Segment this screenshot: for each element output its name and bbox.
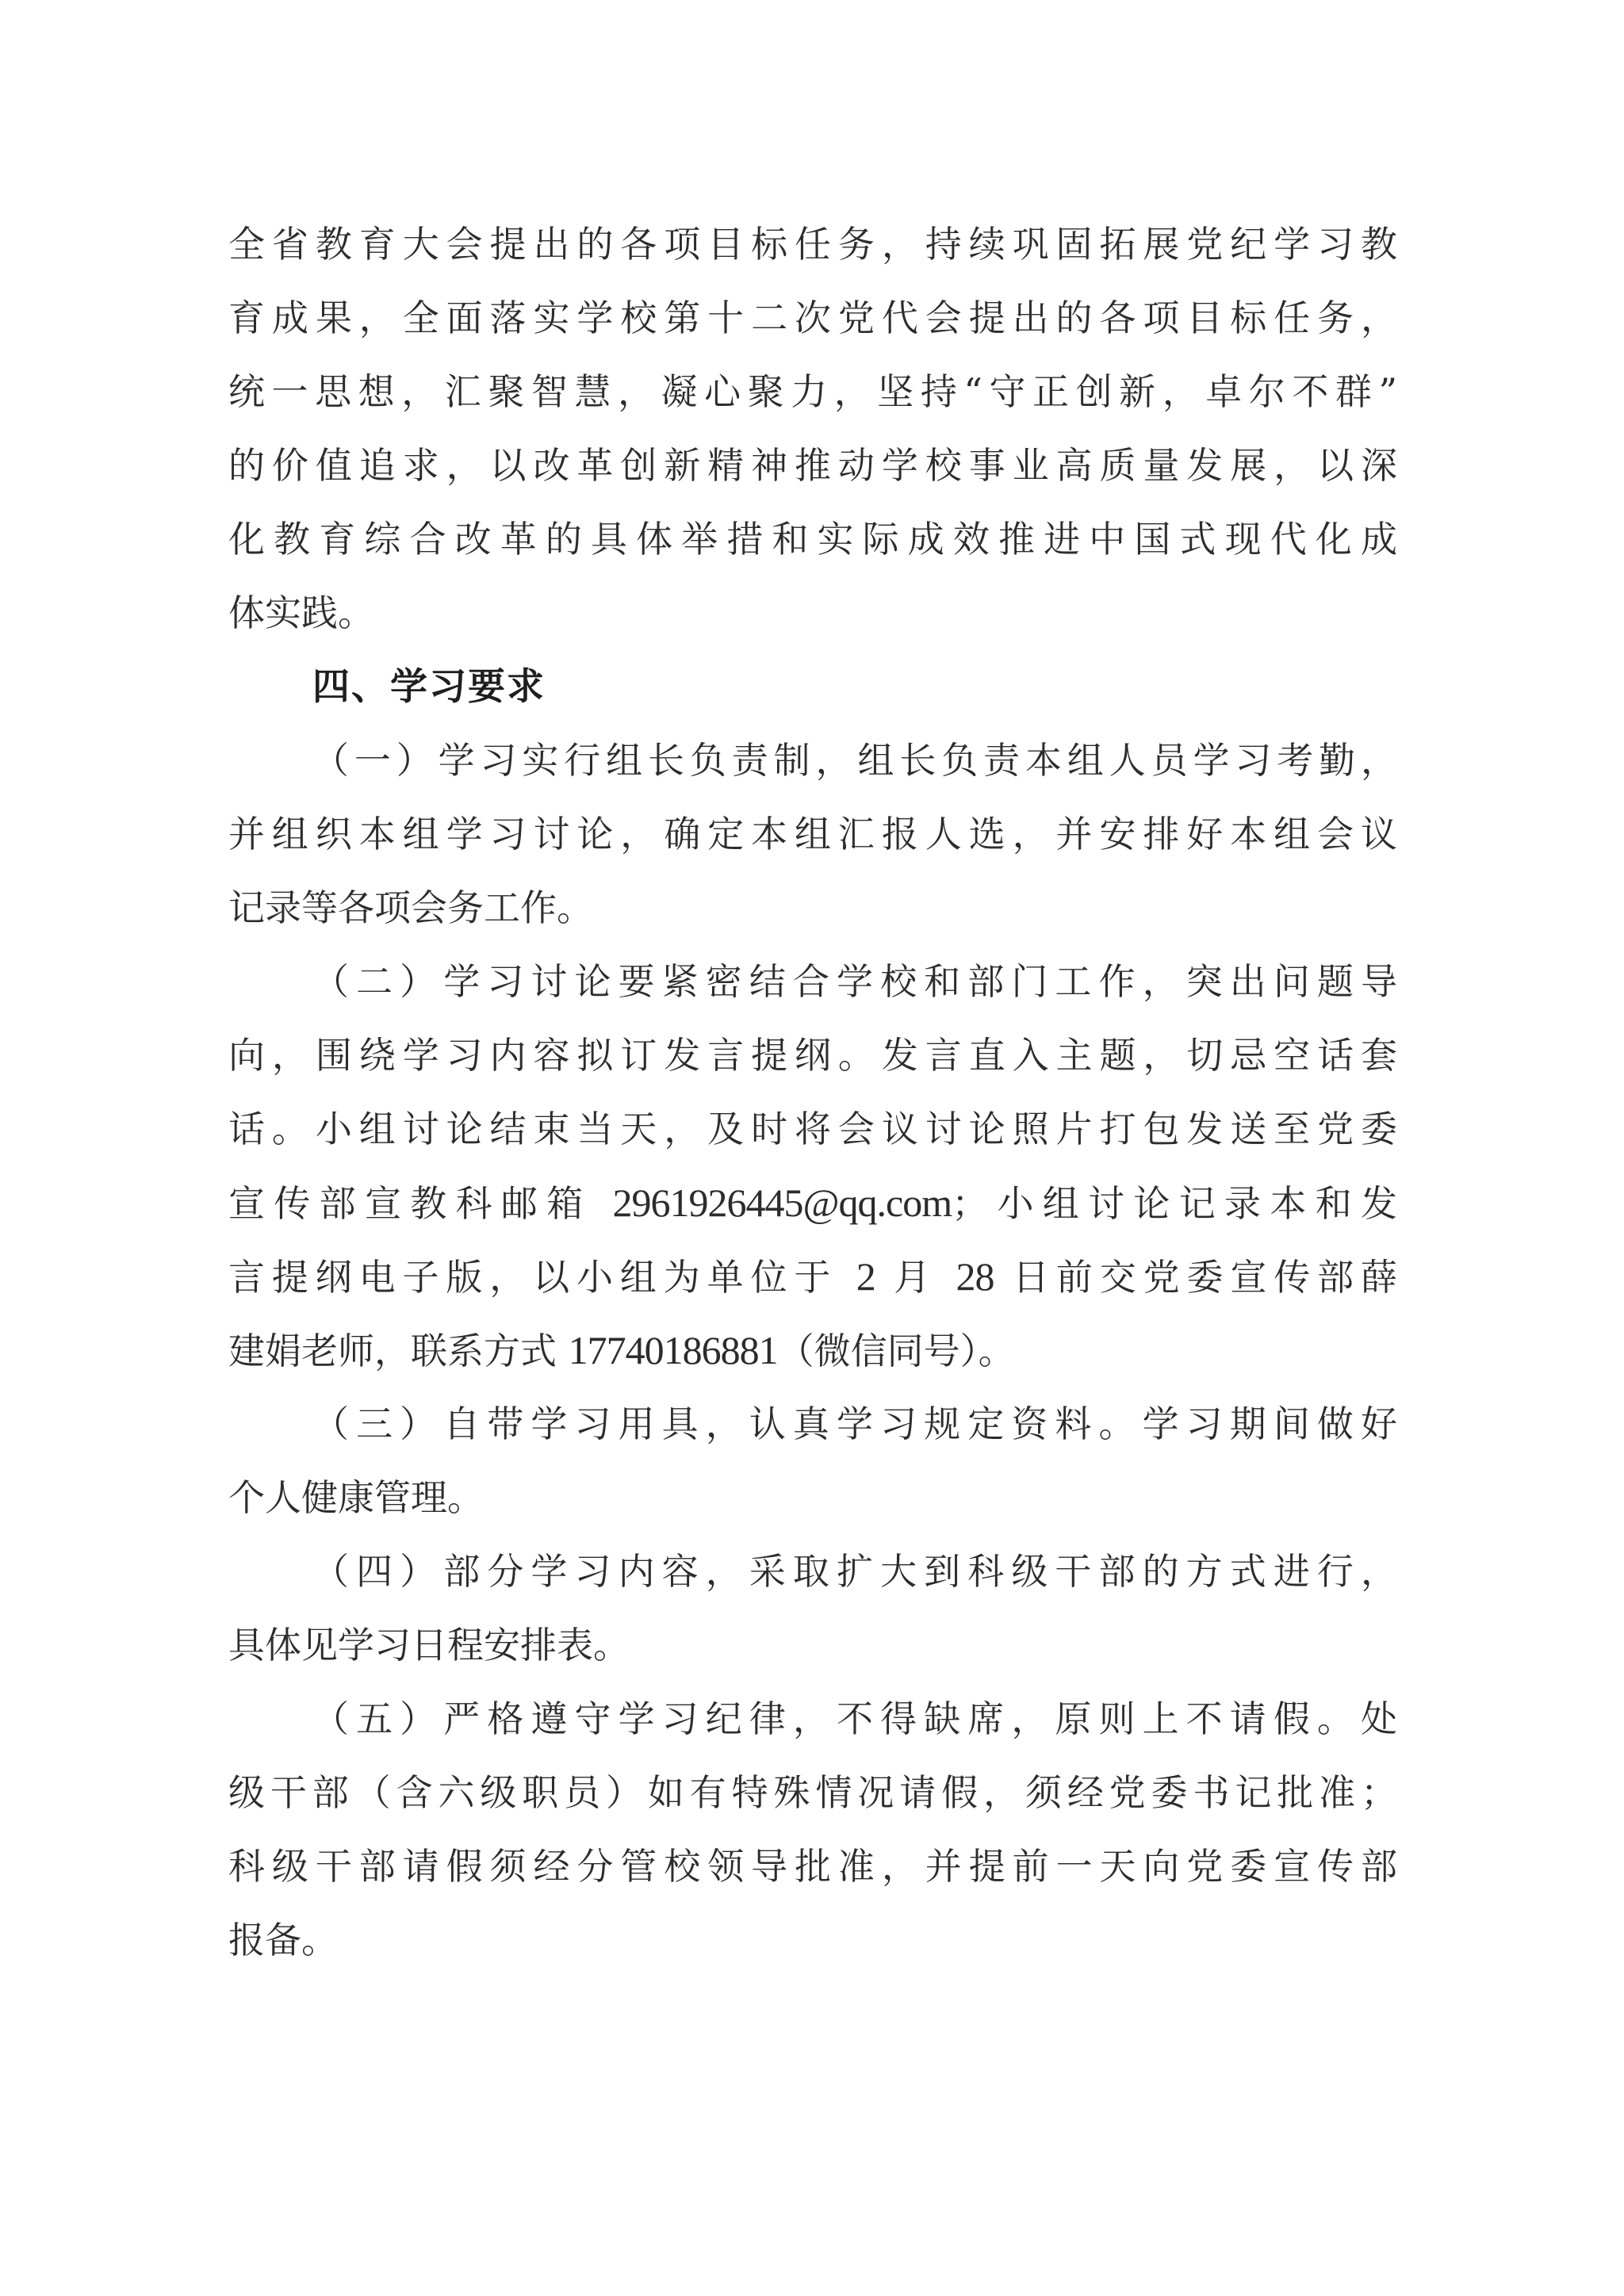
text-line: 级干部（含六级职员）如有特殊情况请假，须经党委书记批准； <box>228 1756 1397 1830</box>
requirement-item-4: （四）部分学习内容，采取扩大到科级干部的方式进行， 具体见学习日程安排表。 <box>228 1535 1397 1682</box>
email-prefix: 宣传部宣教科邮箱 <box>228 1182 613 1225</box>
document-page: 全省教育大会提出的各项目标任务，持续巩固拓展党纪学习教 育成果，全面落实学校第十… <box>0 0 1624 2296</box>
text-line: 育成果，全面落实学校第十二次党代会提出的各项目标任务， <box>228 281 1397 355</box>
contact-phone: 17740186881 <box>569 1328 778 1372</box>
text-line: 记录等各项会务工作。 <box>228 871 1397 945</box>
requirement-item-2: （二）学习讨论要紧密结合学校和部门工作，突出问题导 向，围绕学习内容拟订发言提纲… <box>228 945 1397 1387</box>
text-line: 报备。 <box>228 1904 1397 1977</box>
text-line: （四）部分学习内容，采取扩大到科级干部的方式进行， <box>228 1535 1397 1609</box>
contact-prefix: 建娟老师，联系方式 <box>228 1330 569 1372</box>
text-line: （五）严格遵守学习纪律，不得缺席，原则上不请假。处 <box>228 1682 1397 1756</box>
deadline-line: 言提纲电子版，以小组为单位于 2 月 28 日前交党委宣传部薛 <box>228 1240 1397 1314</box>
text-line: 话。小组讨论结束当天，及时将会议讨论照片打包发送至党委 <box>228 1093 1397 1166</box>
deadline-suffix: 日前交党委宣传部薛 <box>994 1256 1397 1299</box>
deadline-day: 28 <box>956 1254 994 1299</box>
requirement-item-1: （一）学习实行组长负责制，组长负责本组人员学习考勤， 并组织本组学习讨论，确定本… <box>228 724 1397 945</box>
section-heading: 四、学习要求 <box>228 650 1397 724</box>
document-body: 全省教育大会提出的各项目标任务，持续巩固拓展党纪学习教 育成果，全面落实学校第十… <box>228 208 1397 1977</box>
text-line: 科级干部请假须经分管校领导批准，并提前一天向党委宣传部 <box>228 1830 1397 1904</box>
text-line: 全省教育大会提出的各项目标任务，持续巩固拓展党纪学习教 <box>228 208 1397 281</box>
text-line: 个人健康管理。 <box>228 1461 1397 1535</box>
intro-paragraph: 全省教育大会提出的各项目标任务，持续巩固拓展党纪学习教 育成果，全面落实学校第十… <box>228 208 1397 650</box>
deadline-prefix: 言提纲电子版，以小组为单位于 <box>228 1256 856 1299</box>
deadline-month: 2 <box>856 1254 875 1299</box>
email-suffix: ；小组讨论记录本和发 <box>952 1182 1397 1225</box>
email-line: 宣传部宣教科邮箱 2961926445@qq.com；小组讨论记录本和发 <box>228 1166 1397 1240</box>
contact-suffix: （微信同号）。 <box>778 1330 1015 1372</box>
text-line: 具体见学习日程安排表。 <box>228 1609 1397 1682</box>
text-line: （三）自带学习用具，认真学习规定资料。学习期间做好 <box>228 1387 1397 1461</box>
text-line: （一）学习实行组长负责制，组长负责本组人员学习考勤， <box>228 724 1397 798</box>
text-line: 并组织本组学习讨论，确定本组汇报人选，并安排好本组会议 <box>228 798 1397 871</box>
text-line: （二）学习讨论要紧密结合学校和部门工作，突出问题导 <box>228 945 1397 1019</box>
contact-line: 建娟老师，联系方式 17740186881（微信同号）。 <box>228 1314 1397 1387</box>
text-line: 的价值追求，以改革创新精神推动学校事业高质量发展，以深 <box>228 429 1397 503</box>
text-line: 向，围绕学习内容拟订发言提纲。发言直入主题，切忌空话套 <box>228 1019 1397 1093</box>
email-address[interactable]: 2961926445@qq.com <box>613 1181 952 1225</box>
requirement-item-5: （五）严格遵守学习纪律，不得缺席，原则上不请假。处 级干部（含六级职员）如有特殊… <box>228 1682 1397 1977</box>
requirement-item-3: （三）自带学习用具，认真学习规定资料。学习期间做好 个人健康管理。 <box>228 1387 1397 1535</box>
month-unit: 月 <box>875 1256 956 1299</box>
text-line: 统一思想，汇聚智慧，凝心聚力，坚持“守正创新，卓尔不群” <box>228 355 1397 429</box>
text-line: 体实践。 <box>228 576 1397 650</box>
text-line: 化教育综合改革的具体举措和实际成效推进中国式现代化成 <box>228 503 1397 576</box>
